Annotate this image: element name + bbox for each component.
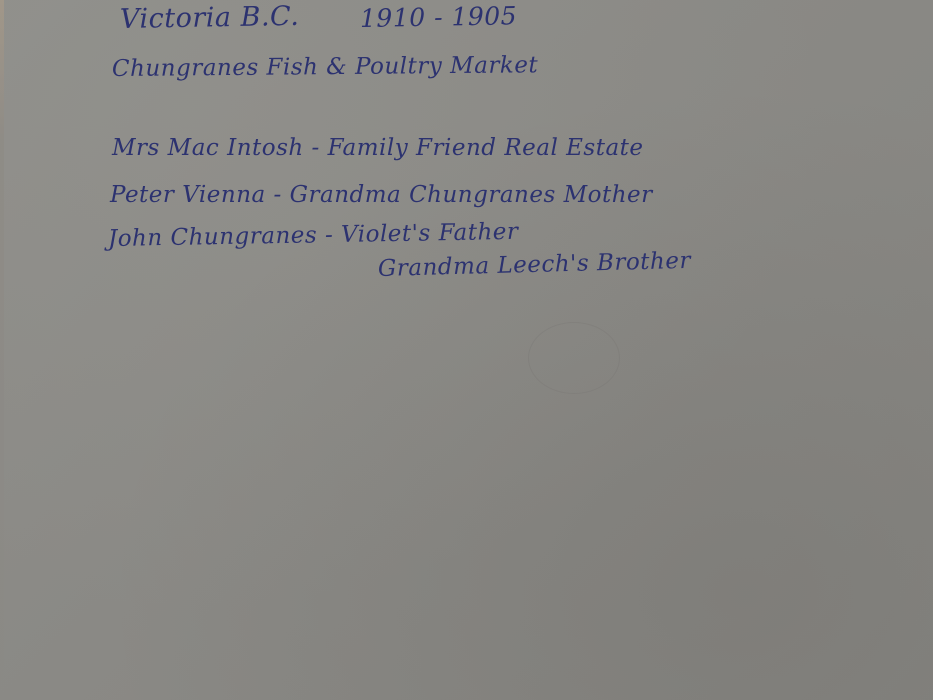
card-edge xyxy=(0,0,4,700)
place-line: Victoria B.C. xyxy=(120,1,300,35)
person-entry-2: Peter Vienna - Grandma Chungranes Mother xyxy=(110,182,653,208)
person-entry-3: John Chungranes - Violet's Father xyxy=(108,219,519,252)
person-entry-3-continued: Grandma Leech's Brother xyxy=(378,248,692,282)
date-range: 1910 - 1905 xyxy=(360,1,518,33)
business-name: Chungranes Fish & Poultry Market xyxy=(112,52,538,82)
faint-stain-mark xyxy=(528,322,620,394)
handwritten-card: Victoria B.C. 1910 - 1905 Chungranes Fis… xyxy=(0,0,933,700)
person-entry-1: Mrs Mac Intosh - Family Friend Real Esta… xyxy=(112,135,644,161)
